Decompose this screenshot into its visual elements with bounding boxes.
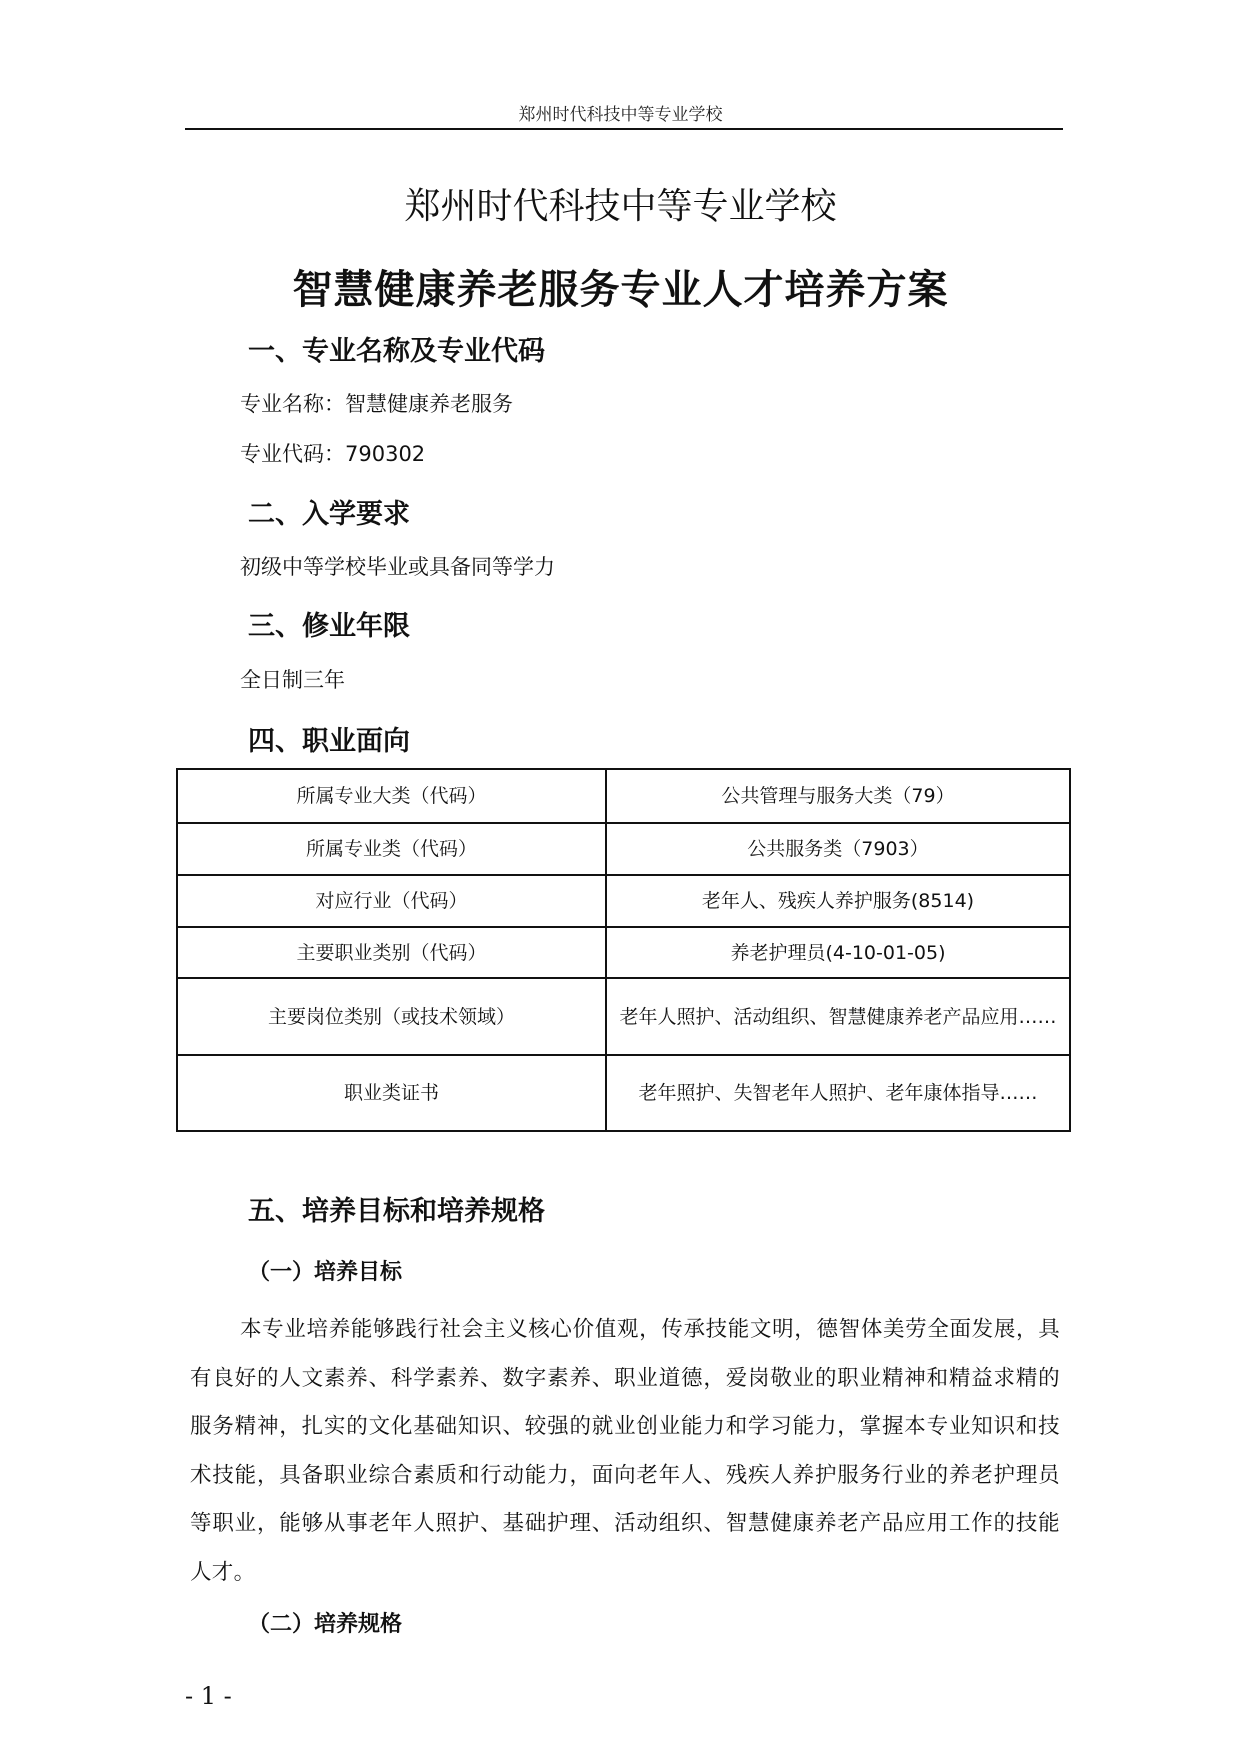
- section-1-heading: 一、专业名称及专业代码: [248, 329, 545, 368]
- table-label-cell: 主要职业类别（代码）: [177, 927, 606, 978]
- study-duration: 全日制三年: [240, 664, 345, 694]
- table-label-cell: 对应行业（代码）: [177, 875, 606, 927]
- table-value-cell: 养老护理员(4-10-01-05): [606, 927, 1070, 978]
- section-3-heading: 三、修业年限: [248, 604, 410, 643]
- table-row: 对应行业（代码） 老年人、残疾人养护服务(8514): [177, 875, 1070, 927]
- table-label-cell: 主要岗位类别（或技术领域）: [177, 978, 606, 1055]
- document-title: 智慧健康养老服务专业人才培养方案: [0, 258, 1241, 315]
- table-row: 职业类证书 老年照护、失智老年人照护、老年康体指导……: [177, 1055, 1070, 1131]
- section-2-heading: 二、入学要求: [248, 492, 410, 531]
- school-title: 郑州时代科技中等专业学校: [0, 178, 1241, 229]
- page-number: - 1 -: [185, 1682, 232, 1710]
- table-row: 所属专业大类（代码） 公共管理与服务大类（79）: [177, 769, 1070, 823]
- major-name: 专业名称：智慧健康养老服务: [240, 388, 513, 418]
- header-rule: [185, 128, 1063, 130]
- section-5-heading: 五、培养目标和培养规格: [248, 1189, 545, 1228]
- table-value-cell: 老年人照护、活动组织、智慧健康养老产品应用……: [606, 978, 1070, 1055]
- table-value-cell: 公共管理与服务大类（79）: [606, 769, 1070, 823]
- admission-requirement: 初级中等学校毕业或具备同等学力: [240, 551, 555, 581]
- table-label-cell: 职业类证书: [177, 1055, 606, 1131]
- table-value-cell: 公共服务类（7903）: [606, 823, 1070, 875]
- career-orientation-table: 所属专业大类（代码） 公共管理与服务大类（79） 所属专业类（代码） 公共服务类…: [176, 768, 1071, 1132]
- section-4-heading: 四、职业面向: [248, 719, 410, 758]
- table-row: 主要职业类别（代码） 养老护理员(4-10-01-05): [177, 927, 1070, 978]
- training-goal-heading: （一）培养目标: [248, 1255, 402, 1286]
- running-header: 郑州时代科技中等专业学校: [0, 100, 1241, 125]
- table-row: 所属专业类（代码） 公共服务类（7903）: [177, 823, 1070, 875]
- table-row: 主要岗位类别（或技术领域） 老年人照护、活动组织、智慧健康养老产品应用……: [177, 978, 1070, 1055]
- table-label-cell: 所属专业类（代码）: [177, 823, 606, 875]
- major-code: 专业代码：790302: [240, 438, 425, 468]
- table-label-cell: 所属专业大类（代码）: [177, 769, 606, 823]
- training-goal-paragraph: 本专业培养能够践行社会主义核心价值观，传承技能文明，德智体美劳全面发展，具有良好…: [190, 1306, 1060, 1597]
- table-value-cell: 老年人、残疾人养护服务(8514): [606, 875, 1070, 927]
- table-value-cell: 老年照护、失智老年人照护、老年康体指导……: [606, 1055, 1070, 1131]
- training-spec-heading: （二）培养规格: [248, 1607, 402, 1638]
